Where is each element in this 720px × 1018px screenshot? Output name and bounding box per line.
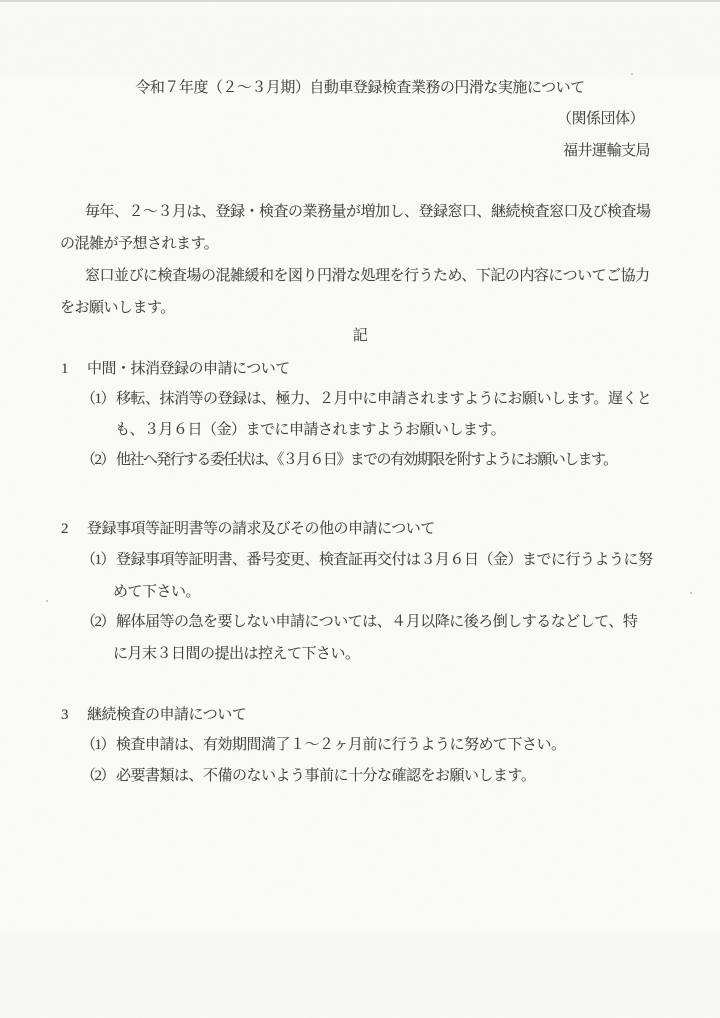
section-heading: 1中間・抹消登録の申請について	[61, 361, 290, 378]
item-text: 必要書類は、不備のないよう事前に十分な確認をお願いします。	[116, 768, 535, 784]
section-number: 1	[61, 361, 87, 378]
item-text: 登録事項等証明書、番号変更、検査証再交付は３月６日（金）までに行うように努	[116, 552, 653, 568]
item-text: 他社へ発行する委任状は、《３月６日》までの有効期限を附すようにお願いします。	[116, 452, 617, 468]
item-text: 移転、抹消等の登録は、極力、２月中に申請されますようにお願いします。遅くと	[116, 391, 651, 407]
item-label: （2）	[81, 768, 114, 785]
list-item: （1）移転、抹消等の登録は、極力、２月中に申請されますようにお願いします。遅くと	[81, 391, 651, 408]
section-heading-text: 中間・抹消登録の申請について	[87, 361, 290, 377]
item-text: 解体届等の急を要しない申請については、４月以降に後ろ倒しするなどして、特	[116, 614, 637, 630]
item-continuation-line: に月末３日間の提出は控えて下さい。	[113, 646, 360, 663]
list-item: （2）解体届等の急を要しない申請については、４月以降に後ろ倒しするなどして、特	[81, 614, 637, 631]
scan-dust-speck	[631, 73, 633, 75]
list-item: （2）必要書類は、不備のないよう事前に十分な確認をお願いします。	[81, 768, 535, 785]
item-label: （1）	[81, 391, 114, 408]
intro-paragraph-line: をお願いします。	[60, 300, 175, 317]
section-heading: 2登録事項等証明書等の請求及びその他の申請について	[61, 521, 435, 538]
section-heading-text: 登録事項等証明書等の請求及びその他の申請について	[87, 521, 435, 537]
item-continuation-line: も、３月６日（金）までに申請されますようお願いします。	[115, 422, 505, 439]
scan-dust-speck	[46, 600, 48, 602]
scan-dust-speck	[690, 592, 692, 594]
list-item: （1）検査申請は、有効期間満了１～２ヶ月前に行うように努めて下さい。	[81, 737, 566, 754]
item-label: （2）	[81, 614, 114, 631]
scan-artifact-top-edge	[0, 0, 720, 2]
document-title: 令和７年度（２～３月期）自動車登録検査業務の円滑な実施について	[0, 80, 720, 97]
issuer-name: 福井運輸支局	[563, 143, 650, 160]
intro-paragraph-line: の混雑が予想されます。	[60, 236, 218, 253]
item-label: （2）	[81, 452, 114, 469]
intro-paragraph-line: 毎年、２～３月は、登録・検査の業務量が増加し、登録窓口、継続検査窓口及び検査場	[85, 204, 651, 221]
item-label: （1）	[81, 552, 114, 569]
intro-paragraph-line: 窓口並びに検査場の混雑緩和を図り円滑な処理を行うため、下記の内容についてご協力	[85, 268, 650, 285]
item-label: （1）	[81, 737, 114, 754]
addressee: （関係団体）	[557, 111, 644, 128]
record-marker: 記	[0, 328, 720, 345]
list-item: （2）他社へ発行する委任状は、《３月６日》までの有効期限を附すようにお願いします…	[81, 452, 617, 469]
section-heading: 3継続検査の申請について	[61, 707, 246, 724]
section-number: 3	[61, 707, 87, 724]
item-text: 検査申請は、有効期間満了１～２ヶ月前に行うように努めて下さい。	[116, 737, 566, 753]
item-continuation-line: めて下さい。	[113, 584, 200, 601]
list-item: （1）登録事項等証明書、番号変更、検査証再交付は３月６日（金）までに行うように努	[81, 552, 653, 569]
section-heading-text: 継続検査の申請について	[87, 707, 246, 723]
section-number: 2	[61, 521, 87, 538]
scanned-document-page: 令和７年度（２～３月期）自動車登録検査業務の円滑な実施について （関係団体） 福…	[0, 0, 720, 1018]
